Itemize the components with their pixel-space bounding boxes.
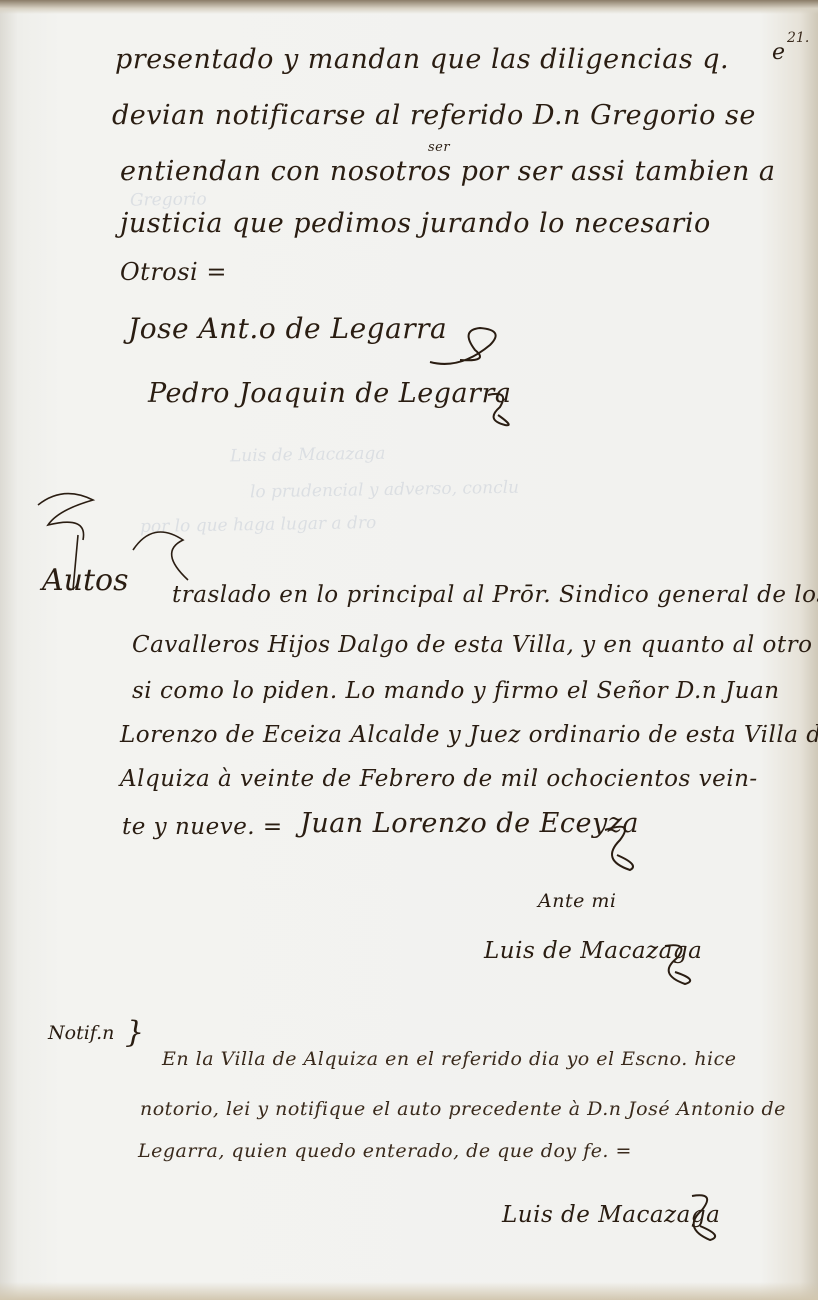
auto-line-2: Cavalleros Hijos Dalgo de esta Villa, y … xyxy=(132,632,812,658)
bleed-through-text: Luis de Macazaga xyxy=(230,444,386,467)
rubric-icon xyxy=(420,300,510,380)
auto-line-6: te y nueve. = xyxy=(122,814,283,840)
witness-prefix: Ante mi xyxy=(538,890,616,912)
rubric-icon xyxy=(480,385,520,435)
notification-line-2: notorio, lei y notifique el auto precede… xyxy=(140,1098,786,1120)
notification-line-3: Legarra, quien quedo enterado, de que do… xyxy=(138,1140,632,1162)
petition-closing: Otrosi = xyxy=(120,258,227,286)
signature-pedro-joaquin: Pedro Joaquin de Legarra xyxy=(148,378,511,409)
folio-number: 21. xyxy=(787,30,809,46)
rubric-icon xyxy=(655,940,705,1000)
petition-line-1: presentado y mandan que las diligencias … xyxy=(115,44,729,75)
petition-margin-char: e xyxy=(772,40,786,65)
signature-judge: Juan Lorenzo de Eceyza xyxy=(300,808,639,839)
margin-label-autos: Autos xyxy=(42,563,129,598)
auto-line-3: si como lo piden. Lo mando y firmo el Se… xyxy=(132,678,780,704)
bleed-through-text: lo prudencial y adverso, conclu xyxy=(250,478,519,503)
brace-icon: } xyxy=(125,1015,145,1050)
rubric-icon xyxy=(678,1190,728,1255)
superscript-insert: ser xyxy=(428,140,450,155)
margin-label-notification: Notif.n xyxy=(48,1022,114,1044)
petition-line-2: devian notificarse al referido D.n Grego… xyxy=(112,100,756,131)
notification-line-1: En la Villa de Alquiza en el referido di… xyxy=(162,1048,737,1070)
auto-line-5: Alquiza à veinte de Febrero de mil ochoc… xyxy=(120,766,758,792)
manuscript-page: Gregorio Luis de Macazaga lo prudencial … xyxy=(0,0,818,1300)
auto-line-1: traslado en lo principal al Prōr. Sindic… xyxy=(172,582,818,608)
auto-line-4: Lorenzo de Eceiza Alcalde y Juez ordinar… xyxy=(120,722,818,748)
petition-line-4: justicia que pedimos jurando lo necesari… xyxy=(120,208,711,239)
signature-jose-antonio: Jose Ant.o de Legarra xyxy=(128,312,447,345)
rubric-icon xyxy=(595,820,645,880)
petition-line-3: entiendan con nosotros por ser assi tamb… xyxy=(120,156,776,187)
